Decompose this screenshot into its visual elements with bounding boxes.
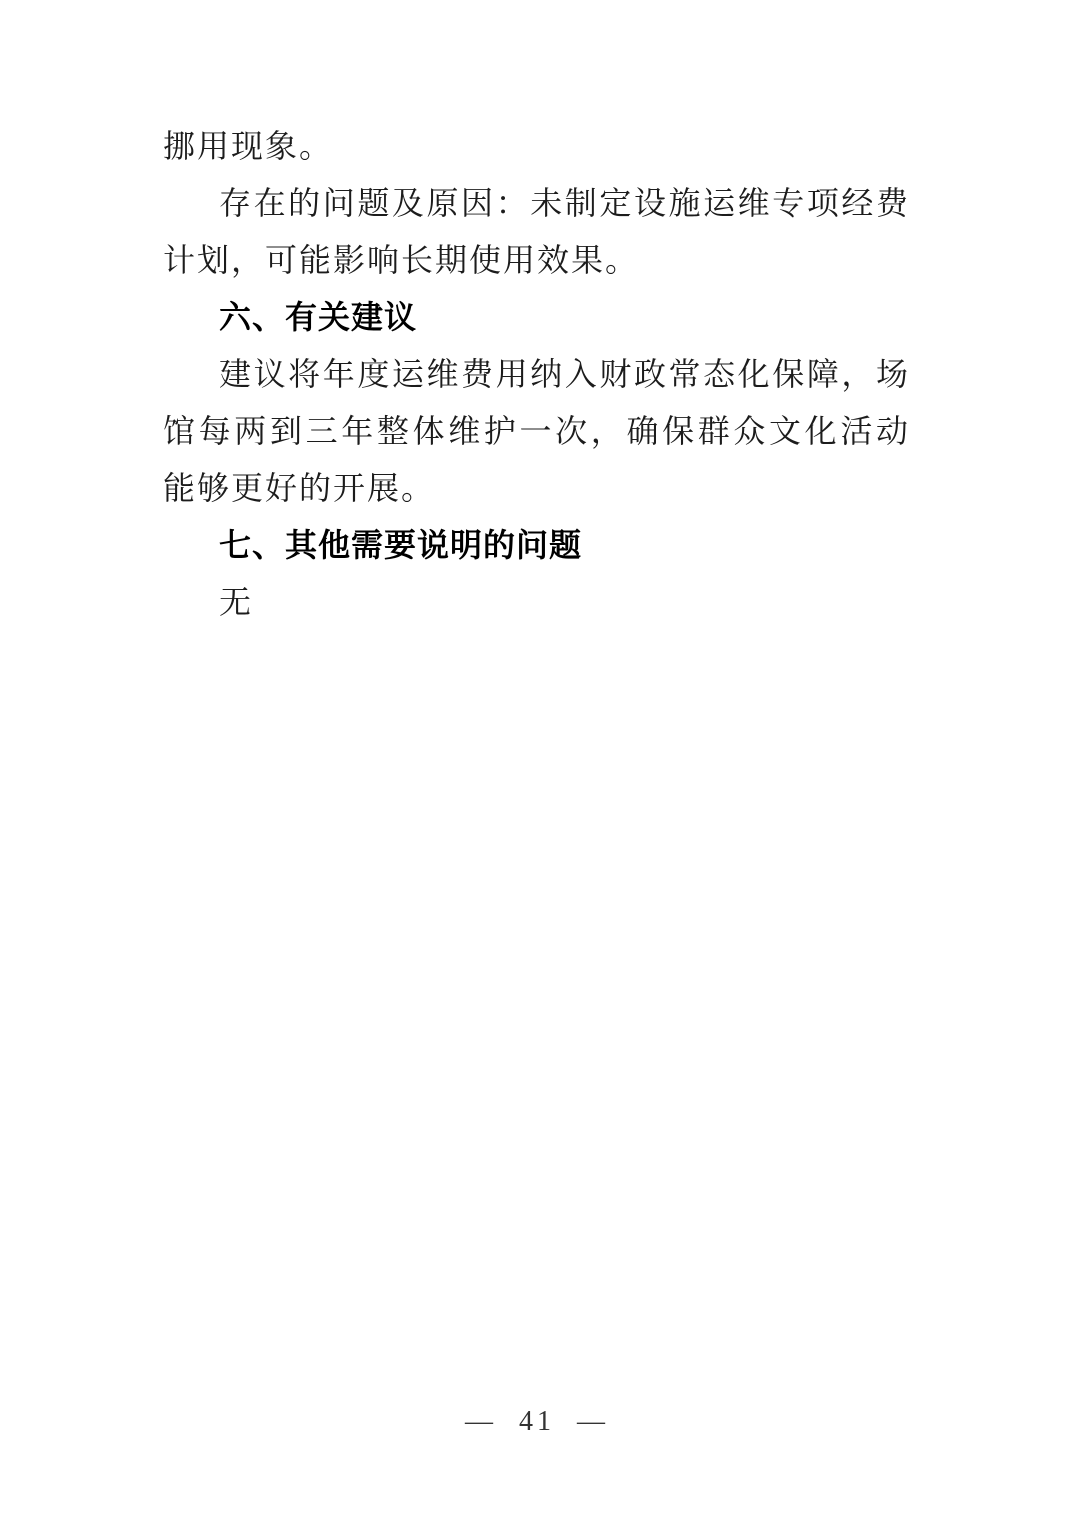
document-page: 挪用现象。 存在的问题及原因：未制定设施运维专项经费计划，可能影响长期使用效果。… <box>0 0 1074 1520</box>
paragraph-none: 无 <box>163 574 910 631</box>
section-heading-six-suggestions: 六、有关建议 <box>163 289 910 346</box>
paragraph-problems-and-causes: 存在的问题及原因：未制定设施运维专项经费计划，可能影响长期使用效果。 <box>163 175 910 289</box>
page-footer: — 41 — <box>0 1406 1074 1438</box>
section-heading-seven-other-issues: 七、其他需要说明的问题 <box>163 517 910 574</box>
paragraph-continuation: 挪用现象。 <box>163 118 910 175</box>
document-body: 挪用现象。 存在的问题及原因：未制定设施运维专项经费计划，可能影响长期使用效果。… <box>163 118 910 631</box>
paragraph-suggestion: 建议将年度运维费用纳入财政常态化保障，场馆每两到三年整体维护一次，确保群众文化活… <box>163 346 910 517</box>
page-number: — 41 — <box>465 1406 609 1438</box>
